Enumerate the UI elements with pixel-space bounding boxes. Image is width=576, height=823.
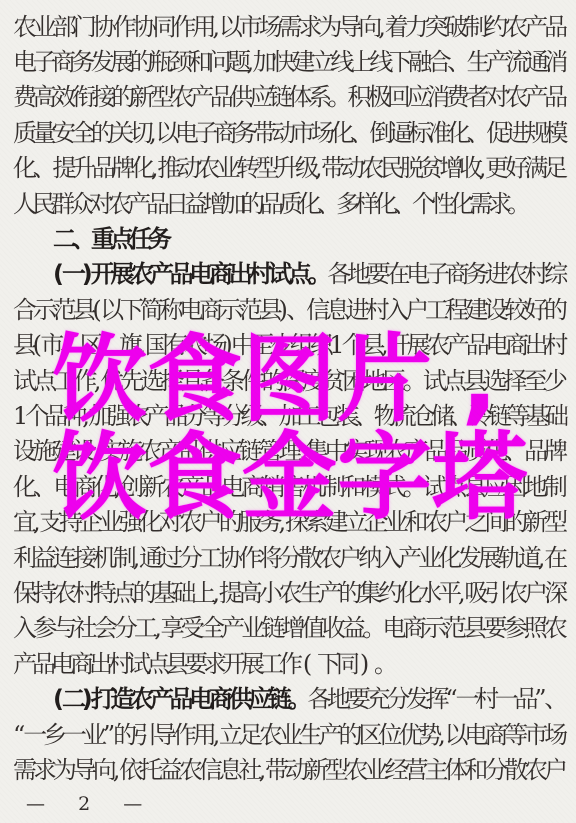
text-line: (二)打造农产品电商供应链。各地要充分发挥“一村一品”、 [13, 681, 564, 716]
text-line: 设施建设,实施农产品供应链管理,集中实现农产品品质化、品牌 [13, 434, 564, 469]
text-line: (一)开展农产品电商出村试点。各地要在电子商务进农村综 [13, 257, 564, 292]
text-line: 县(市、区、旗,国有农场)中至少组织1个县,开展农产品电商出村 [13, 328, 564, 363]
text-line: 费高效衔接的新型农产品供应链体系。积极回应消费者对农产品 [13, 80, 564, 115]
text-line: 化、电商化,创新农产品电商销售机制和模式。试点县应因地制 [13, 469, 564, 504]
document-body: 农业部门协作协同作用,以市场需求为导向,着力突破制约农产品电子商务发展的瓶颈和问… [13, 9, 564, 788]
page-number: — 2 — [26, 793, 149, 815]
text-line: 合示范县(以下简称电商示范县)、信息进村入户工程建设较好的 [13, 292, 564, 327]
text-line: 1个品种,加强农产品分等分级、加工包装、物流仓储、冷链等基础 [13, 398, 564, 433]
text-line: 产品电商出村试点县要求开展工作(下同)。 [13, 646, 564, 681]
text-line: 化、提升品牌化,推动农业转型升级,带动农民脱贫增收,更好满足 [13, 151, 564, 186]
text-line: 保持农村特点的基础上,提高小农生产的集约化水平,吸引农户深 [13, 575, 564, 610]
text-line: 电子商务发展的瓶颈和问题,加快建立线上线下融合、生产流通消 [13, 44, 564, 79]
text-line: 人民群众对农产品日益增加的品质化、多样化、个性化需求。 [13, 186, 564, 221]
text-line: 质量安全的关切,以电子商务带动市场化、倒逼标准化、促进规模 [13, 115, 564, 150]
text-line: 试点工作,优先选择具备条件的深度贫困地区。试点县选择至少 [13, 363, 564, 398]
document-page: 农业部门协作协同作用,以市场需求为导向,着力突破制约农产品电子商务发展的瓶颈和问… [0, 0, 576, 823]
text-line: 需求为导向,依托益农信息社,带动新型农业经营主体和分散农户 [13, 752, 564, 787]
text-line: “一乡一业”的引导作用,立足农业生产的区位优势,以电商等市场 [13, 717, 564, 752]
text-line: 利益连接机制,通过分工协作将分散农户纳入产业化发展轨道,在 [13, 540, 564, 575]
text-line: 农业部门协作协同作用,以市场需求为导向,着力突破制约农产品 [13, 9, 564, 44]
text-line: 入参与社会分工,享受全产业链增值收益。电商示范县要参照农 [13, 611, 564, 646]
text-line: 宜,支持企业强化对农户的服务,探索建立企业和农户之间的新型 [13, 504, 564, 539]
text-line: 二、重点任务 [13, 221, 564, 256]
